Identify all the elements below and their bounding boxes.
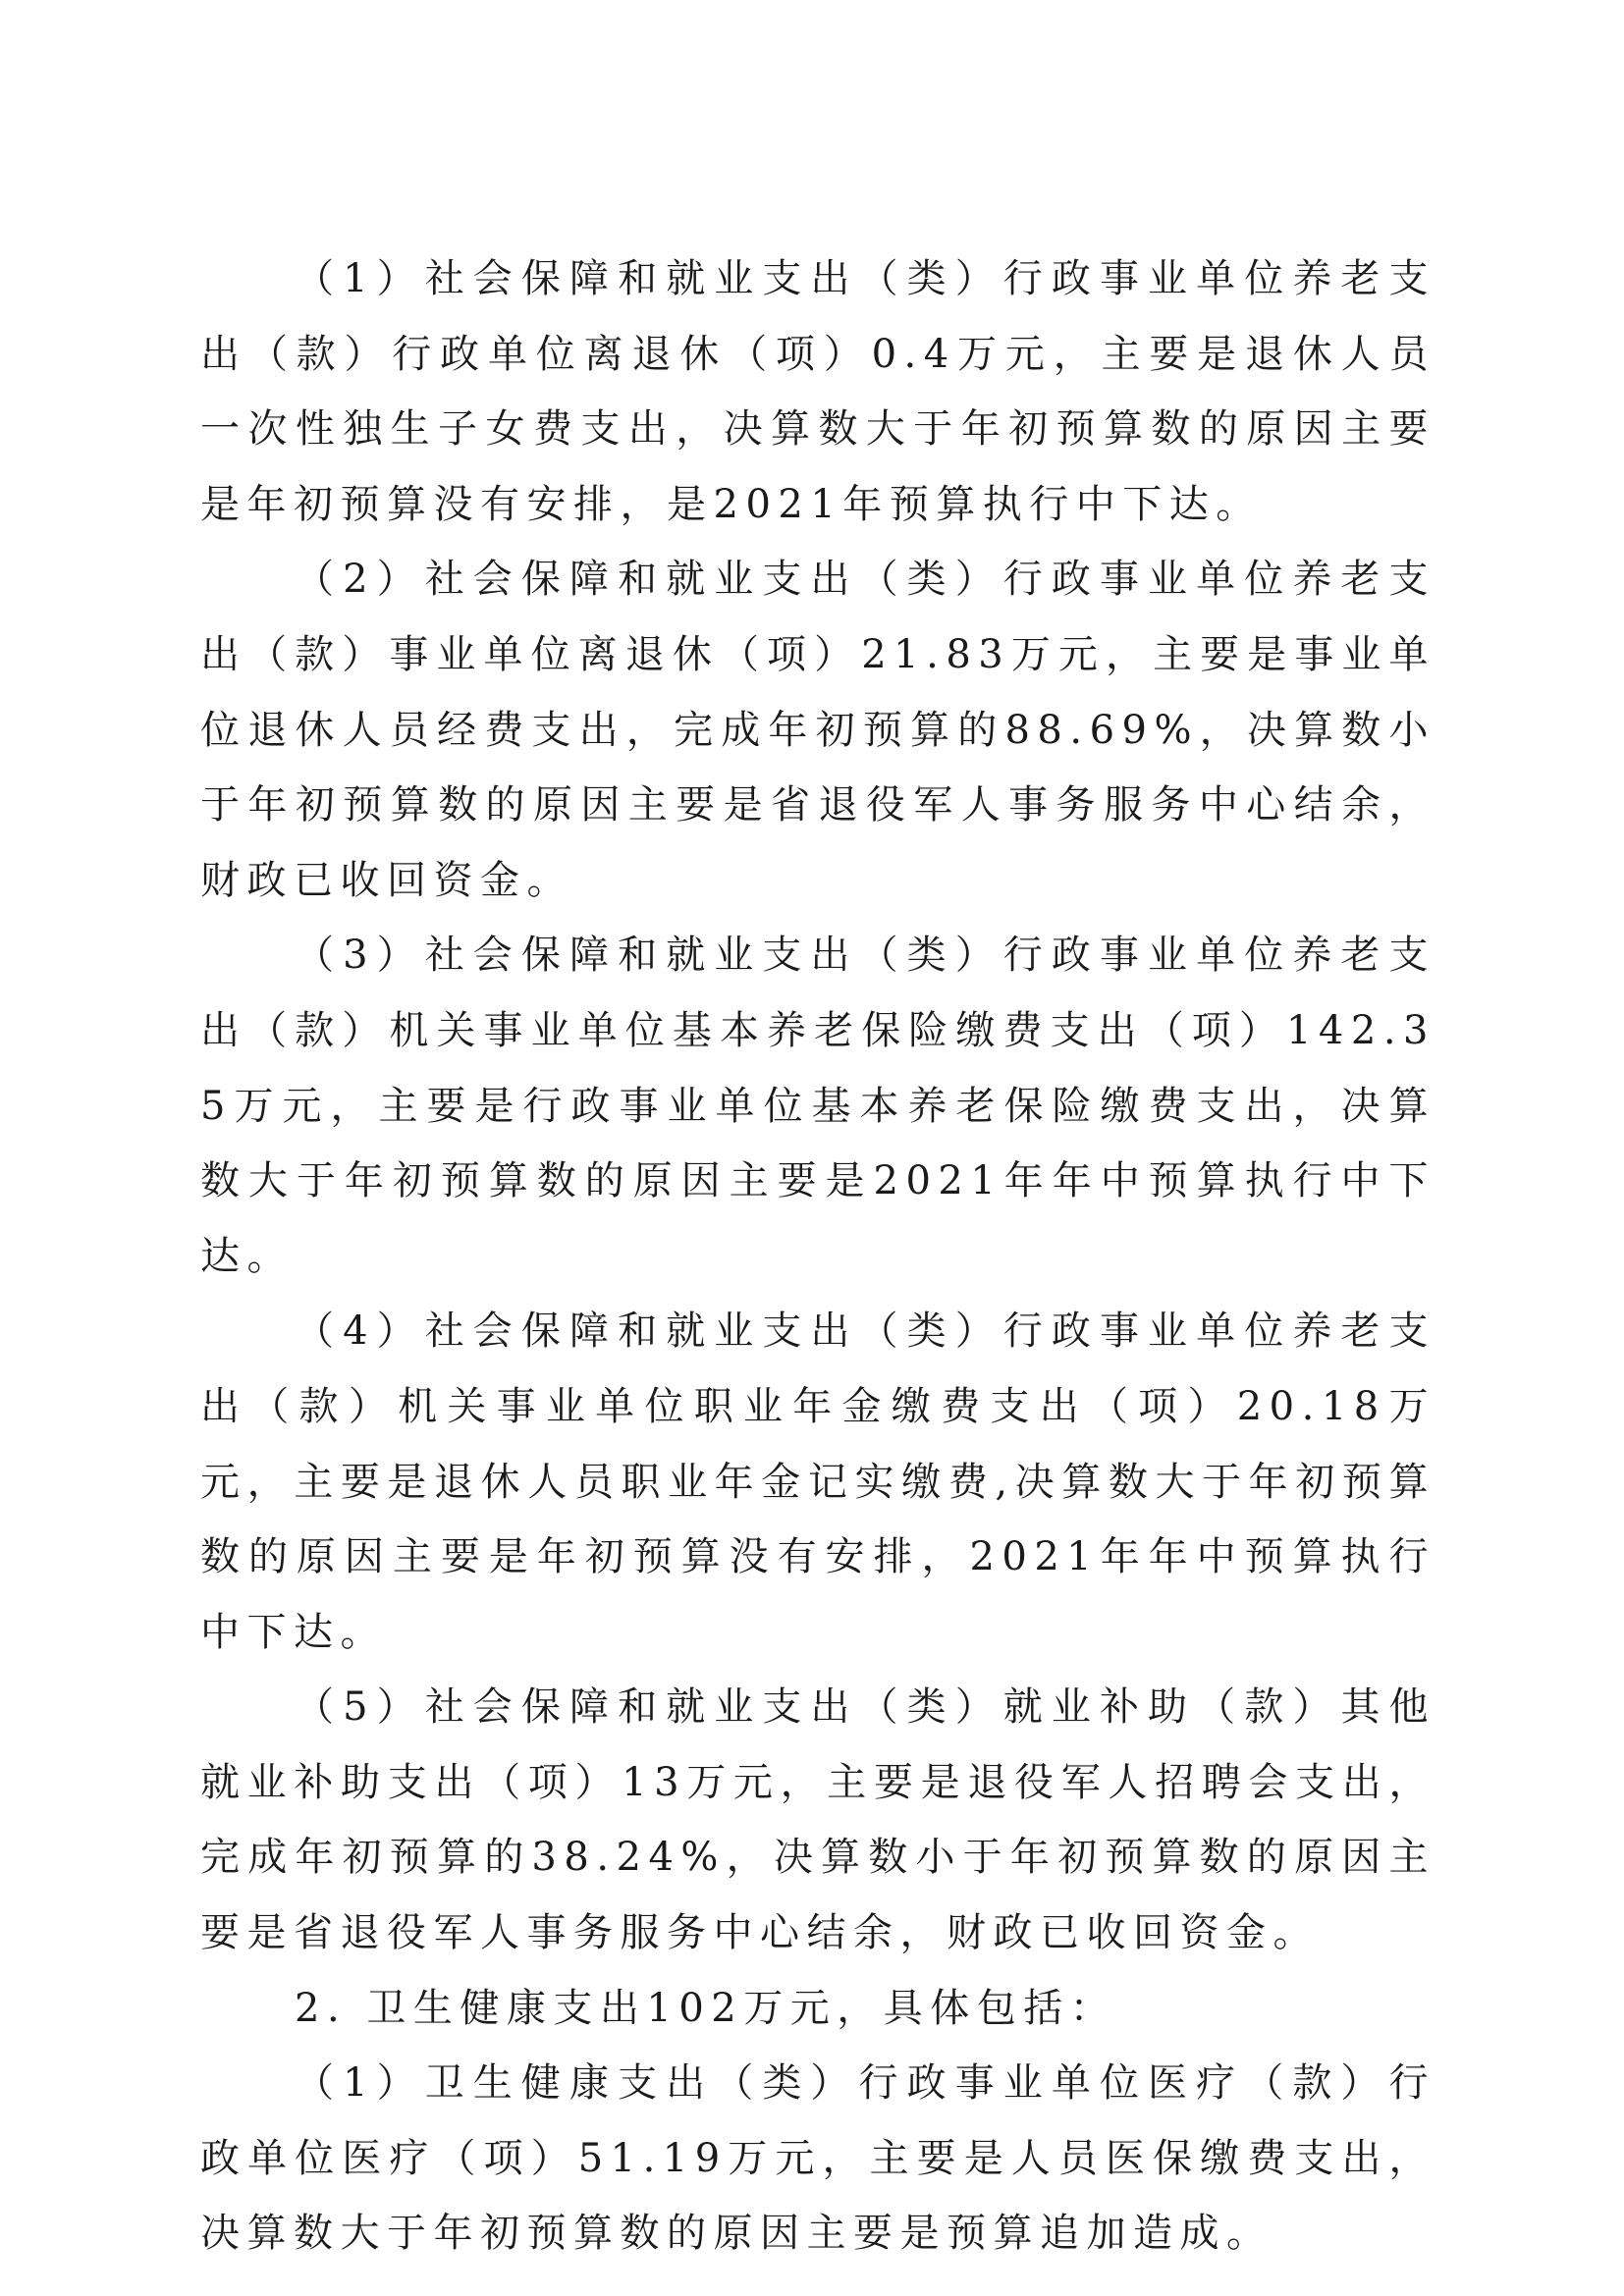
paragraph-basic-pension-insurance: （3）社会保障和就业支出（类）行政事业单位养老支出（款）机关事业单位基本养老保险…	[200, 918, 1435, 1294]
paragraph-admin-medical: （1）卫生健康支出（类）行政事业单位医疗（款）行政单位医疗（项）51.19万元，…	[200, 2046, 1435, 2271]
paragraph-social-security-retirement-admin: （1）社会保障和就业支出（类）行政事业单位养老支出（款）行政单位离退休（项）0.…	[200, 241, 1435, 542]
document-body: （1）社会保障和就业支出（类）行政事业单位养老支出（款）行政单位离退休（项）0.…	[200, 241, 1435, 2271]
paragraph-employment-subsidy: （5）社会保障和就业支出（类）就业补助（款）其他就业补助支出（项）13万元，主要…	[200, 1670, 1435, 1970]
paragraph-occupational-annuity: （4）社会保障和就业支出（类）行政事业单位养老支出（款）机关事业单位职业年金缴费…	[200, 1294, 1435, 1670]
document-page: （1）社会保障和就业支出（类）行政事业单位养老支出（款）行政单位离退休（项）0.…	[0, 0, 1624, 2296]
section-heading-health-expenditure: 2. 卫生健康支出102万元，具体包括：	[200, 1971, 1435, 2047]
paragraph-social-security-retirement-institution: （2）社会保障和就业支出（类）行政事业单位养老支出（款）事业单位离退休（项）21…	[200, 542, 1435, 918]
